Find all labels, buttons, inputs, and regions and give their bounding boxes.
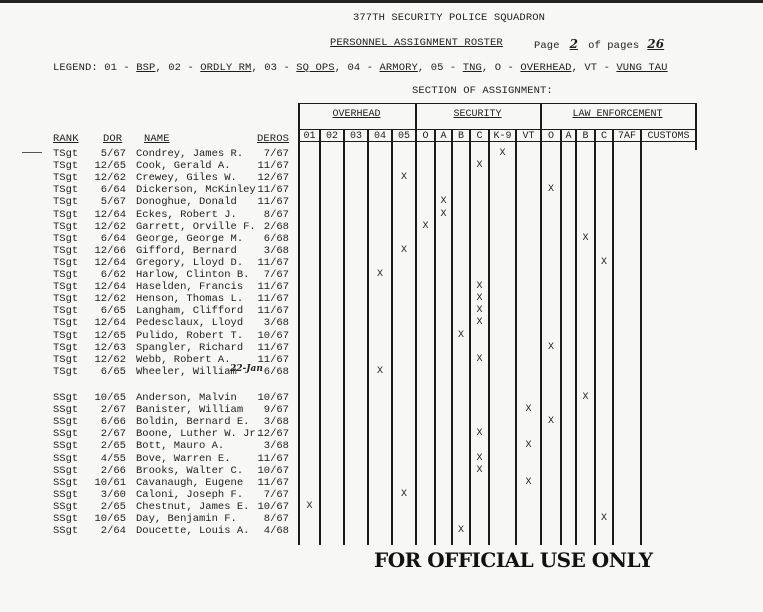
legend-item: VT - VUNG TAU <box>578 62 668 74</box>
col-header-assignment: C <box>471 131 488 142</box>
rank-cell: TSgt <box>53 221 78 233</box>
rank-cell: SSgt <box>53 465 78 477</box>
deros-cell: 8/67 <box>245 209 289 221</box>
col-header-assignment: A <box>562 131 575 142</box>
assignment-mark: X <box>544 416 558 427</box>
rank-cell: TSgt <box>53 172 78 184</box>
col-header-assignment: VT <box>517 131 540 142</box>
dor-cell: 12/64 <box>78 317 126 329</box>
col-header-rank: RANK <box>53 133 79 145</box>
rank-cell: TSgt <box>53 293 78 305</box>
col-header-assignment: 02 <box>321 131 343 142</box>
dor-cell: 2/64 <box>78 525 126 537</box>
name-cell: Cavanaugh, Eugene <box>136 477 243 489</box>
rank-cell: TSgt <box>53 366 78 378</box>
deros-cell: 3/68 <box>245 440 289 452</box>
table-row: TSgt6/64George, George M.6/68X <box>0 233 763 245</box>
assignment-mark: X <box>373 366 387 377</box>
name-cell: Anderson, Malvin <box>136 392 237 404</box>
col-header-assignment: 01 <box>300 131 319 142</box>
legend-item: 03 - SQ OPS, <box>258 62 341 74</box>
deros-cell: 10/67 <box>245 465 289 477</box>
page-label: Page <box>534 40 560 52</box>
dor-cell: 6/64 <box>78 184 126 196</box>
dor-cell: 12/62 <box>78 221 126 233</box>
table-row: SSgt2/64Doucette, Louis A.4/68X <box>0 525 763 537</box>
assignment-mark: X <box>579 392 593 403</box>
name-cell: Pulido, Robert T. <box>136 330 243 342</box>
table-row: TSgt12/62Crewey, Giles W.12/67X <box>0 172 763 184</box>
assignment-mark: X <box>303 501 317 512</box>
dor-cell: 2/67 <box>78 404 126 416</box>
rank-cell: TSgt <box>53 257 78 269</box>
rank-cell: SSgt <box>53 404 78 416</box>
name-cell: Garrett, Orville F. <box>136 221 256 233</box>
legend-item: 01 - BSP, <box>104 62 162 74</box>
dor-cell: 12/65 <box>78 330 126 342</box>
subheader-top-line <box>298 129 697 130</box>
name-cell: Caloni, Joseph F. <box>136 489 243 501</box>
dor-cell: 12/62 <box>78 172 126 184</box>
name-cell: Gregory, Lloyd D. <box>136 257 243 269</box>
assignment-mark: X <box>522 404 536 415</box>
dor-cell: 12/64 <box>78 281 126 293</box>
col-header-assignment: 05 <box>393 131 415 142</box>
assignment-mark: X <box>579 233 593 244</box>
dor-cell: 6/65 <box>78 305 126 317</box>
name-cell: Pedesclaux, Lloyd <box>136 317 243 329</box>
scan-top-edge <box>0 0 763 3</box>
group-header: SECURITY <box>415 109 540 120</box>
deros-cell: 11/67 <box>245 184 289 196</box>
name-cell: Brooks, Walter C. <box>136 465 243 477</box>
name-cell: Day, Benjamin F. <box>136 513 237 525</box>
official-use-stamp: FOR OFFICIAL USE ONLY <box>374 548 653 572</box>
group-header: OVERHEAD <box>298 109 415 120</box>
rank-cell: TSgt <box>53 269 78 281</box>
deros-cell: 4/68 <box>245 525 289 537</box>
dor-cell: 12/62 <box>78 354 126 366</box>
assignment-mark: X <box>473 453 487 464</box>
deros-cell: 10/67 <box>245 501 289 513</box>
name-cell: Haselden, Francis <box>136 281 243 293</box>
name-cell: Banister, William <box>136 404 243 416</box>
name-cell: Bott, Mauro A. <box>136 440 224 452</box>
total-pages: 26 <box>639 37 670 51</box>
rank-cell: SSgt <box>53 392 78 404</box>
name-cell: Donoghue, Donald <box>136 196 237 208</box>
assignment-mark: X <box>473 317 487 328</box>
column-divider <box>695 103 697 150</box>
deros-cell: 8/67 <box>245 513 289 525</box>
deros-cell: 10/67 <box>245 330 289 342</box>
col-header-dor: DOR <box>103 133 122 145</box>
unit-title: 377TH SECURITY POLICE SQUADRON <box>353 12 545 24</box>
assignment-mark: X <box>473 305 487 316</box>
dor-cell: 12/62 <box>78 293 126 305</box>
name-cell: Boldin, Bernard E. <box>136 416 249 428</box>
assignment-mark: X <box>454 525 468 536</box>
deros-cell: 11/67 <box>245 305 289 317</box>
rank-cell: SSgt <box>53 513 78 525</box>
legend-label: LEGEND: <box>53 62 104 74</box>
table-row: SSgt2/67Banister, William9/67X <box>0 404 763 416</box>
table-row: SSgt4/55Bove, Warren E.11/67X <box>0 453 763 465</box>
deros-cell: 11/67 <box>245 257 289 269</box>
assignment-mark: X <box>437 196 451 207</box>
dor-cell: 12/64 <box>78 209 126 221</box>
col-header-assignment: O <box>417 131 434 142</box>
dor-cell: 5/67 <box>78 148 126 160</box>
table-row: TSgt5/67Condrey, James R.7/67X <box>0 148 763 160</box>
rank-cell: TSgt <box>53 184 78 196</box>
table-row: TSgt12/62Henson, Thomas L.11/67X <box>0 293 763 305</box>
dor-cell: 3/60 <box>78 489 126 501</box>
table-row: TSgt6/64Dickerson, McKinley11/67X <box>0 184 763 196</box>
name-cell: Harlow, Clinton B. <box>136 269 249 281</box>
table-row: SSgt2/67Boone, Luther W. Jr.12/67X <box>0 428 763 440</box>
legend: LEGEND: 01 - BSP, 02 - ORDLY RM, 03 - SQ… <box>53 62 668 74</box>
rank-cell: TSgt <box>53 245 78 257</box>
dor-cell: 6/65 <box>78 366 126 378</box>
col-header-assignment: K-9 <box>490 131 515 142</box>
deros-cell: 2/68 <box>245 221 289 233</box>
dor-cell: 4/55 <box>78 453 126 465</box>
assignment-mark: X <box>544 342 558 353</box>
handwritten-note: 22-Jan <box>230 364 263 374</box>
name-cell: Spangler, Richard <box>136 342 243 354</box>
name-cell: Doucette, Louis A. <box>136 525 249 537</box>
deros-cell: 3/68 <box>245 245 289 257</box>
dor-cell: 6/66 <box>78 416 126 428</box>
deros-cell: 6/68 <box>245 233 289 245</box>
name-cell: Langham, Clifford <box>136 305 243 317</box>
assignment-mark: X <box>437 209 451 220</box>
assignment-mark: X <box>397 245 411 256</box>
rank-cell: SSgt <box>53 525 78 537</box>
deros-cell: 11/67 <box>245 281 289 293</box>
legend-item: 04 - ARMORY, <box>341 62 424 74</box>
name-cell: George, George M. <box>136 233 243 245</box>
rank-cell: TSgt <box>53 196 78 208</box>
grid-top-line <box>298 103 697 104</box>
table-row: TSgt6/62Harlow, Clinton B.7/67X <box>0 269 763 281</box>
dor-cell: 2/67 <box>78 428 126 440</box>
col-header-assignment: O <box>542 131 560 142</box>
table-row: TSgt12/64Haselden, Francis11/67X <box>0 281 763 293</box>
assignment-mark: X <box>473 354 487 365</box>
assignment-mark: X <box>597 257 611 268</box>
deros-cell: 7/67 <box>245 269 289 281</box>
assignment-mark: X <box>544 184 558 195</box>
legend-item: 02 - ORDLY RM, <box>162 62 258 74</box>
deros-cell: 9/67 <box>245 404 289 416</box>
rank-cell: TSgt <box>53 160 78 172</box>
table-row: TSgt12/63Spangler, Richard11/67X <box>0 342 763 354</box>
col-header-deros: DEROS <box>257 133 289 145</box>
deros-cell: 3/68 <box>245 416 289 428</box>
dor-cell: 6/62 <box>78 269 126 281</box>
deros-cell: 11/67 <box>245 453 289 465</box>
rank-cell: SSgt <box>53 416 78 428</box>
rank-cell: TSgt <box>53 317 78 329</box>
rank-cell: TSgt <box>53 209 78 221</box>
table-row: SSgt3/60Caloni, Joseph F.7/67X <box>0 489 763 501</box>
name-cell: Crewey, Giles W. <box>136 172 237 184</box>
rank-cell: SSgt <box>53 428 78 440</box>
deros-cell: 7/67 <box>245 489 289 501</box>
legend-item: O - OVERHEAD, <box>488 62 578 74</box>
deros-cell: 11/67 <box>245 196 289 208</box>
name-cell: Boone, Luther W. Jr. <box>136 428 262 440</box>
dor-cell: 2/65 <box>78 501 126 513</box>
rank-cell: TSgt <box>53 330 78 342</box>
name-cell: Bove, Warren E. <box>136 453 231 465</box>
rank-cell: TSgt <box>53 281 78 293</box>
dor-cell: 12/66 <box>78 245 126 257</box>
name-cell: Eckes, Robert J. <box>136 209 237 221</box>
table-row: SSgt2/65Bott, Mauro A.3/68X <box>0 440 763 452</box>
rank-cell: TSgt <box>53 148 78 160</box>
of-pages-label: of pages <box>588 40 639 52</box>
rank-cell: TSgt <box>53 233 78 245</box>
name-cell: Cook, Gerald A. <box>136 160 231 172</box>
deros-cell: 12/67 <box>245 172 289 184</box>
col-header-assignment: CUSTOMS <box>642 131 695 142</box>
deros-cell: 10/67 <box>245 392 289 404</box>
deros-cell: 12/67 <box>245 428 289 440</box>
table-row: SSgt6/66Boldin, Bernard E.3/68X <box>0 416 763 428</box>
roster-title: PERSONNEL ASSIGNMENT ROSTER <box>330 37 503 49</box>
col-header-assignment: C <box>596 131 612 142</box>
rank-cell: TSgt <box>53 354 78 366</box>
table-row: TSgt12/64Gregory, Lloyd D.11/67X <box>0 257 763 269</box>
rank-cell: SSgt <box>53 453 78 465</box>
dor-cell: 6/64 <box>78 233 126 245</box>
table-row: TSgt6/65Wheeler, William6/6822-JanX <box>0 366 763 378</box>
dor-cell: 12/64 <box>78 257 126 269</box>
col-header-assignment: A <box>436 131 451 142</box>
col-header-assignment: 7AF <box>614 131 640 142</box>
assignment-mark: X <box>419 221 433 232</box>
assignment-mark: X <box>597 513 611 524</box>
name-cell: Dickerson, McKinley <box>136 184 256 196</box>
col-header-assignment: B <box>577 131 594 142</box>
table-row: TSgt12/62Webb, Robert A.11/67X <box>0 354 763 366</box>
assignment-mark: X <box>522 477 536 488</box>
table-row: TSgt12/65Cook, Gerald A.11/67X <box>0 160 763 172</box>
col-header-name: NAME <box>144 133 170 145</box>
dor-cell: 12/65 <box>78 160 126 172</box>
deros-cell: 11/67 <box>245 293 289 305</box>
dor-cell: 5/67 <box>78 196 126 208</box>
rank-cell: SSgt <box>53 501 78 513</box>
deros-cell: 3/68 <box>245 317 289 329</box>
table-row: TSgt12/62Garrett, Orville F.2/68X <box>0 221 763 233</box>
legend-item: 05 - TNG, <box>424 62 488 74</box>
table-row: TSgt12/65Pulido, Robert T.10/67X <box>0 330 763 342</box>
assignment-mark: X <box>496 148 510 159</box>
col-header-assignment: 04 <box>369 131 391 142</box>
dor-cell: 2/66 <box>78 465 126 477</box>
col-header-assignment: 03 <box>345 131 367 142</box>
table-row: TSgt6/65Langham, Clifford11/67X <box>0 305 763 317</box>
section-label: SECTION OF ASSIGNMENT: <box>412 85 553 97</box>
page-indicator: Page2of pages26 <box>534 37 670 52</box>
assignment-mark: X <box>397 489 411 500</box>
table-row: SSgt10/65Anderson, Malvin10/67X <box>0 392 763 404</box>
page-number: 2 <box>560 37 588 51</box>
assignment-mark: X <box>397 172 411 183</box>
deros-cell: 7/67 <box>245 148 289 160</box>
dor-cell: 12/63 <box>78 342 126 354</box>
table-row: SSgt10/65Day, Benjamin F.8/67X <box>0 513 763 525</box>
dor-cell: 10/65 <box>78 392 126 404</box>
assignment-mark: X <box>473 281 487 292</box>
assignment-mark: X <box>473 428 487 439</box>
name-cell: Henson, Thomas L. <box>136 293 243 305</box>
rank-cell: SSgt <box>53 440 78 452</box>
table-row: TSgt5/67Donoghue, Donald11/67X <box>0 196 763 208</box>
table-row: TSgt12/64Eckes, Robert J.8/67X <box>0 209 763 221</box>
table-row: TSgt12/64Pedesclaux, Lloyd3/68X <box>0 317 763 329</box>
name-cell: Webb, Robert A. <box>136 354 231 366</box>
table-row: SSgt10/61Cavanaugh, Eugene11/67X <box>0 477 763 489</box>
rank-cell: TSgt <box>53 342 78 354</box>
table-row: TSgt12/66Gifford, Bernard3/68X <box>0 245 763 257</box>
dor-cell: 2/65 <box>78 440 126 452</box>
group-header: LAW ENFORCEMENT <box>540 109 695 120</box>
name-cell: Chestnut, James E. <box>136 501 249 513</box>
dor-cell: 10/65 <box>78 513 126 525</box>
assignment-mark: X <box>373 269 387 280</box>
table-row: SSgt2/65Chestnut, James E.10/67X <box>0 501 763 513</box>
rank-cell: SSgt <box>53 489 78 501</box>
name-cell: Condrey, James R. <box>136 148 243 160</box>
table-row: SSgt2/66Brooks, Walter C.10/67X <box>0 465 763 477</box>
assignment-mark: X <box>522 440 536 451</box>
assignment-mark: X <box>454 330 468 341</box>
assignment-mark: X <box>473 293 487 304</box>
assignment-mark: X <box>473 465 487 476</box>
rank-cell: SSgt <box>53 477 78 489</box>
name-cell: Wheeler, William <box>136 366 237 378</box>
dor-cell: 10/61 <box>78 477 126 489</box>
deros-cell: 11/67 <box>245 160 289 172</box>
col-header-assignment: B <box>453 131 469 142</box>
deros-cell: 11/67 <box>245 342 289 354</box>
name-cell: Gifford, Bernard <box>136 245 237 257</box>
assignment-mark: X <box>473 160 487 171</box>
rank-cell: TSgt <box>53 305 78 317</box>
deros-cell: 11/67 <box>245 477 289 489</box>
